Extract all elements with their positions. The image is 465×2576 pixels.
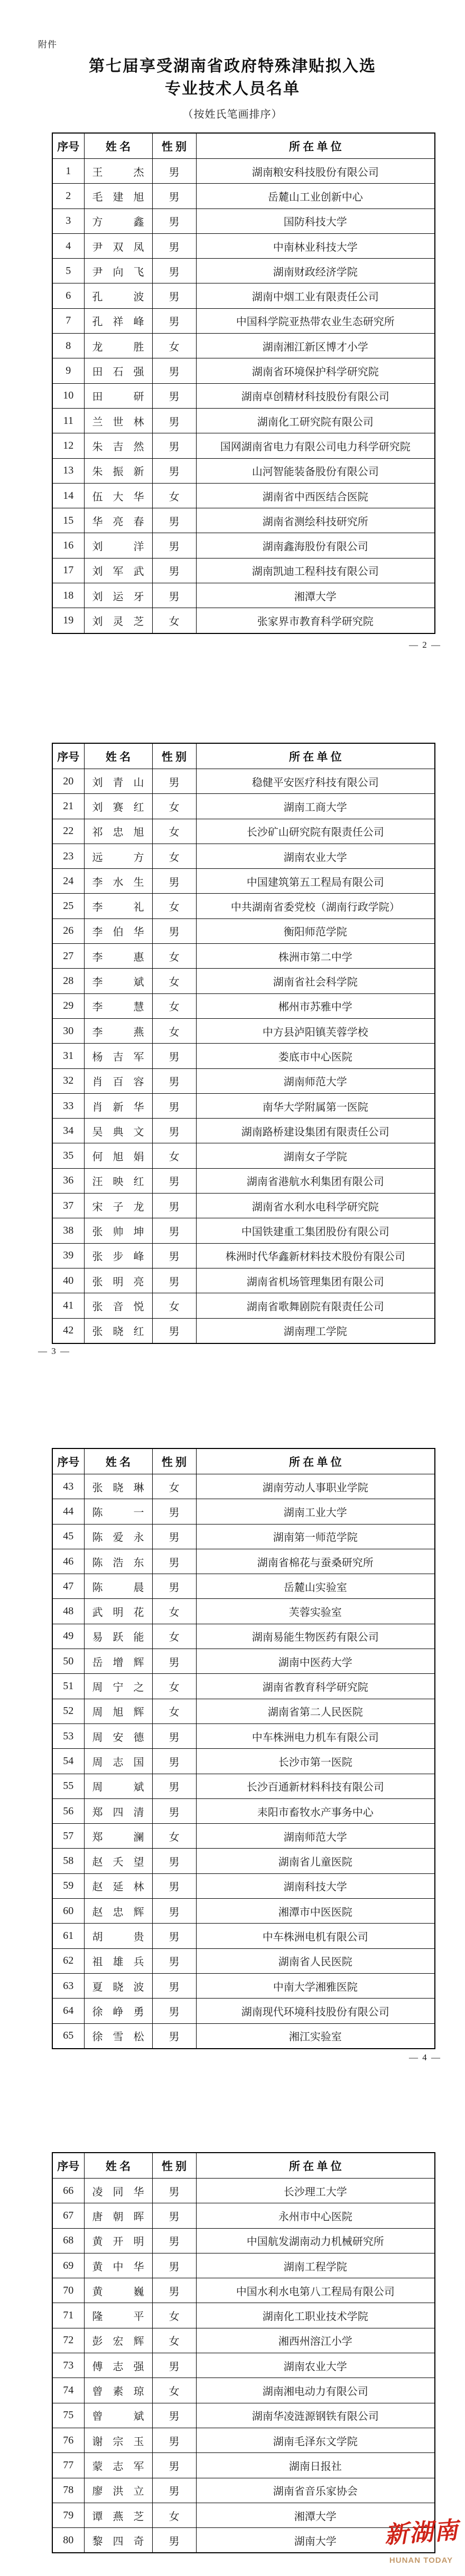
row-number-cell: 35 [52, 1143, 84, 1168]
person-name: 周旭辉 [92, 1703, 144, 1719]
row-number-cell: 6 [52, 283, 84, 308]
gender-cell: 女 [152, 2328, 196, 2353]
unit-cell: 湖南粮安科技股份有限公司 [196, 159, 435, 184]
gender-cell: 男 [152, 159, 196, 184]
row-number-cell: 52 [52, 1699, 84, 1723]
person-name: 刘赛红 [92, 799, 144, 814]
person-name: 李伯华 [92, 923, 144, 939]
unit-cell: 湖南毛泽东文学院 [196, 2428, 435, 2452]
unit-cell: 湖南中烟工业有限责任公司 [196, 283, 435, 308]
row-number-cell: 64 [52, 1999, 84, 2023]
gender-cell: 女 [152, 1674, 196, 1699]
name-cell: 张晓琳 [84, 1474, 152, 1499]
person-name: 尹双凤 [92, 239, 144, 254]
table-row: 67唐朝晖男永州市中心医院 [52, 2203, 435, 2228]
gender-cell: 男 [152, 1218, 196, 1243]
person-name: 张音悦 [92, 1298, 144, 1313]
name-cell: 伍大华 [84, 483, 152, 508]
unit-cell: 湖南财政经济学院 [196, 259, 435, 283]
name-cell: 杨吉军 [84, 1044, 152, 1068]
table-row: 8龙胜女湖南湘江新区博才小学 [52, 334, 435, 358]
unit-cell: 长沙百通新材料科技有限公司 [196, 1774, 435, 1798]
name-cell: 郑澜 [84, 1824, 152, 1849]
row-number-cell: 31 [52, 1044, 84, 1068]
person-name: 祁忠旭 [92, 823, 144, 839]
name-cell: 谭燕芝 [84, 2503, 152, 2527]
gender-cell: 男 [152, 1723, 196, 1748]
name-cell: 刘青山 [84, 769, 152, 794]
unit-cell: 湘江实验室 [196, 2023, 435, 2049]
gender-cell: 女 [152, 944, 196, 969]
person-name: 朱吉然 [92, 438, 144, 453]
name-cell: 华亮春 [84, 508, 152, 533]
row-number-cell: 30 [52, 1018, 84, 1043]
gender-cell: 男 [152, 2278, 196, 2303]
person-name: 伍大华 [92, 488, 144, 504]
table-row: 43张晓琳女湖南劳动人事职业学院 [52, 1474, 435, 1499]
name-cell: 毛建旭 [84, 184, 152, 209]
gender-cell: 男 [152, 918, 196, 943]
person-name: 廖洪立 [92, 2483, 144, 2498]
person-name: 李礼 [92, 898, 144, 914]
person-name: 赵夭望 [92, 1853, 144, 1869]
name-cell: 黄开明 [84, 2228, 152, 2253]
row-number-cell: 42 [52, 1318, 84, 1343]
row-number-cell: 16 [52, 533, 84, 558]
gender-cell: 男 [152, 1549, 196, 1574]
table-row: 55周斌男长沙百通新材料科技有限公司 [52, 1774, 435, 1798]
name-cell: 李水生 [84, 869, 152, 894]
gender-cell: 男 [152, 1524, 196, 1549]
table-row: 75曾斌男湖南华凌涟源钢铁有限公司 [52, 2403, 435, 2428]
row-number-cell: 8 [52, 334, 84, 358]
gender-cell: 女 [152, 608, 196, 633]
column-header-name: 姓 名 [84, 1448, 152, 1474]
unit-cell: 湖南省人民医院 [196, 1948, 435, 1973]
gender-cell: 男 [152, 558, 196, 583]
gender-cell: 男 [152, 1044, 196, 1068]
name-cell: 蒙志军 [84, 2453, 152, 2478]
name-cell: 李慧 [84, 993, 152, 1018]
unit-cell: 湖南工商大学 [196, 794, 435, 819]
table-row: 1王杰男湖南粮安科技股份有限公司 [52, 159, 435, 184]
person-name: 肖百容 [92, 1073, 144, 1088]
name-cell: 徐雪松 [84, 2023, 152, 2049]
gender-cell: 男 [152, 1973, 196, 1998]
person-name: 陈爱永 [92, 1529, 144, 1544]
name-cell: 龙胜 [84, 334, 152, 358]
person-name: 张晓红 [92, 1323, 144, 1338]
row-number-cell: 69 [52, 2253, 84, 2278]
row-number-cell: 53 [52, 1723, 84, 1748]
name-cell: 徐峥勇 [84, 1999, 152, 2023]
table-row: 42张晓红男湖南理工学院 [52, 1318, 435, 1343]
row-number-cell: 74 [52, 2378, 84, 2403]
table-row: 79谭燕芝女湘潭大学 [52, 2503, 435, 2527]
person-name: 汪映红 [92, 1173, 144, 1188]
column-header-gender: 性 别 [152, 133, 196, 159]
person-name: 黄巍 [92, 2283, 144, 2298]
unit-cell: 湖南师范大学 [196, 1068, 435, 1093]
gender-cell: 女 [152, 1599, 196, 1624]
unit-cell: 娄底市中心医院 [196, 1044, 435, 1068]
name-cell: 唐朝晖 [84, 2203, 152, 2228]
row-number-cell: 72 [52, 2328, 84, 2353]
person-name: 胡贵 [92, 1928, 144, 1944]
row-number-cell: 15 [52, 508, 84, 533]
unit-cell: 湘潭市中医医院 [196, 1899, 435, 1924]
unit-cell: 湖南省测绘科技研究所 [196, 508, 435, 533]
unit-cell: 南华大学附属第一医院 [196, 1093, 435, 1118]
unit-cell: 岳麓山实验室 [196, 1574, 435, 1599]
name-cell: 黄中华 [84, 2253, 152, 2278]
name-cell: 曾素琼 [84, 2378, 152, 2403]
header-row: 序号 姓 名 性 别 所 在 单 位 [52, 1448, 435, 1474]
page-title-line2: 专业技术人员名单 [165, 80, 300, 98]
row-number-cell: 23 [52, 844, 84, 868]
person-name: 尹向飞 [92, 263, 144, 279]
gender-cell: 男 [152, 1119, 196, 1143]
column-header-unit: 所 在 单 位 [196, 1448, 435, 1474]
gender-cell: 男 [152, 1798, 196, 1823]
sort-note-subtitle: （按姓氏笔画排序） [0, 106, 465, 121]
unit-cell: 长沙理工大学 [196, 2179, 435, 2203]
row-number-cell: 37 [52, 1194, 84, 1218]
gender-cell: 女 [152, 1293, 196, 1318]
person-name: 孔波 [92, 288, 144, 304]
table-row: 54周志国男长沙市第一医院 [52, 1749, 435, 1774]
row-number-cell: 33 [52, 1093, 84, 1118]
table-row: 56郑四清男耒阳市畜牧水产事务中心 [52, 1798, 435, 1823]
table-row: 64徐峥勇男湖南现代环境科技股份有限公司 [52, 1999, 435, 2023]
gender-cell: 女 [152, 794, 196, 819]
table-row: 46陈浩东男湖南省棉花与蚕桑研究所 [52, 1549, 435, 1574]
row-number-cell: 75 [52, 2403, 84, 2428]
gender-cell: 男 [152, 1318, 196, 1343]
gender-cell: 女 [152, 894, 196, 918]
unit-cell: 耒阳市畜牧水产事务中心 [196, 1798, 435, 1823]
gender-cell: 男 [152, 1924, 196, 1948]
row-number-cell: 59 [52, 1873, 84, 1898]
table-row: 21刘赛红女湖南工商大学 [52, 794, 435, 819]
row-number-cell: 14 [52, 483, 84, 508]
person-name: 曾斌 [92, 2408, 144, 2423]
unit-cell: 湖南师范大学 [196, 1824, 435, 1849]
table-row: 53周安德男中车株洲电力机车有限公司 [52, 1723, 435, 1748]
name-cell: 黄巍 [84, 2278, 152, 2303]
gender-cell: 男 [152, 2203, 196, 2228]
name-cell: 方鑫 [84, 209, 152, 233]
gender-cell: 女 [152, 1824, 196, 1849]
gender-cell: 男 [152, 2428, 196, 2452]
person-name: 周安德 [92, 1729, 144, 1744]
row-number-cell: 20 [52, 769, 84, 794]
person-name: 孔祥峰 [92, 313, 144, 328]
person-name: 周斌 [92, 1778, 144, 1794]
gender-cell: 男 [152, 2253, 196, 2278]
unit-cell: 中国铁建重工集团股份有限公司 [196, 1218, 435, 1243]
name-cell: 李斌 [84, 969, 152, 993]
name-cell: 张明亮 [84, 1268, 152, 1293]
name-cell: 刘洋 [84, 533, 152, 558]
person-name: 易跃能 [92, 1628, 144, 1644]
table-row: 16刘洋男湖南鑫海股份有限公司 [52, 533, 435, 558]
gender-cell: 男 [152, 533, 196, 558]
name-cell: 彭宏辉 [84, 2328, 152, 2353]
unit-cell: 湖南省儿童医院 [196, 1849, 435, 1873]
unit-cell: 湖南华凌涟源钢铁有限公司 [196, 2403, 435, 2428]
person-name: 祖雄兵 [92, 1953, 144, 1968]
unit-cell: 湖南路桥建设集团有限责任公司 [196, 1119, 435, 1143]
column-header-no: 序号 [52, 2153, 84, 2179]
table-row: 41张音悦女湖南省歌舞剧院有限责任公司 [52, 1293, 435, 1318]
row-number-cell: 46 [52, 1549, 84, 1574]
name-cell: 祖雄兵 [84, 1948, 152, 1973]
row-number-cell: 77 [52, 2453, 84, 2478]
unit-cell: 中南大学湘雅医院 [196, 1973, 435, 1998]
name-cell: 李燕 [84, 1018, 152, 1043]
table-row: 44陈一男湖南工业大学 [52, 1499, 435, 1524]
gender-cell: 男 [152, 1068, 196, 1093]
name-cell: 李伯华 [84, 918, 152, 943]
table-row: 15华亮春男湖南省测绘科技研究所 [52, 508, 435, 533]
row-number-cell: 18 [52, 583, 84, 608]
row-number-cell: 78 [52, 2478, 84, 2503]
row-number-cell: 38 [52, 1218, 84, 1243]
unit-cell: 湖南鑫海股份有限公司 [196, 533, 435, 558]
row-number-cell: 4 [52, 233, 84, 258]
table-row: 20刘青山男稳健平安医疗科技有限公司 [52, 769, 435, 794]
gender-cell: 男 [152, 1194, 196, 1218]
column-header-name: 姓 名 [84, 133, 152, 159]
row-number-cell: 65 [52, 2023, 84, 2049]
row-number-cell: 58 [52, 1849, 84, 1873]
table-row: 52周旭辉女湖南省第二人民医院 [52, 1699, 435, 1723]
unit-cell: 湖南省第二人民医院 [196, 1699, 435, 1723]
unit-cell: 湖南化工研究院有限公司 [196, 408, 435, 433]
unit-cell: 湖南省港航水利集团有限公司 [196, 1168, 435, 1193]
unit-cell: 湖南工业大学 [196, 1499, 435, 1524]
person-name: 方鑫 [92, 213, 144, 229]
column-header-unit: 所 在 单 位 [196, 743, 435, 769]
person-name: 徐峥勇 [92, 2003, 144, 2019]
column-header-unit: 所 在 单 位 [196, 2153, 435, 2179]
row-number-cell: 36 [52, 1168, 84, 1193]
row-number-cell: 51 [52, 1674, 84, 1699]
unit-cell: 湖南易能生物医药有限公司 [196, 1624, 435, 1649]
table-row: 58赵夭望男湖南省儿童医院 [52, 1849, 435, 1873]
unit-cell: 湖南省机场管理集团有限公司 [196, 1268, 435, 1293]
column-header-no: 序号 [52, 133, 84, 159]
table-row: 62祖雄兵男湖南省人民医院 [52, 1948, 435, 1973]
table-row: 9田石强男湖南省环境保护科学研究院 [52, 358, 435, 383]
person-name: 远方 [92, 849, 144, 864]
gender-cell: 男 [152, 1849, 196, 1873]
table-row: 71隆平女湖南化工职业技术学院 [52, 2303, 435, 2328]
row-number-cell: 73 [52, 2353, 84, 2378]
row-number-cell: 1 [52, 159, 84, 184]
table-row: 19刘灵芝女张家界市教育科学研究院 [52, 608, 435, 633]
unit-cell: 永州市中心医院 [196, 2203, 435, 2228]
gender-cell: 男 [152, 458, 196, 483]
table-row: 37宋子龙男湖南省水利水电科学研究院 [52, 1194, 435, 1218]
table-row: 60赵忠辉男湘潭市中医医院 [52, 1899, 435, 1924]
name-cell: 尹向飞 [84, 259, 152, 283]
roster-table-page4: 序号 姓 名 性 别 所 在 单 位 43张晓琳女湖南劳动人事职业学院44陈一男… [52, 1448, 435, 2049]
row-number-cell: 29 [52, 993, 84, 1018]
row-number-cell: 32 [52, 1068, 84, 1093]
name-cell: 王杰 [84, 159, 152, 184]
gender-cell: 男 [152, 1999, 196, 2023]
row-number-cell: 27 [52, 944, 84, 969]
person-name: 郑澜 [92, 1829, 144, 1844]
gender-cell: 男 [152, 1093, 196, 1118]
table-row: 12朱吉然男国网湖南省电力有限公司电力科学研究院 [52, 433, 435, 458]
unit-cell: 湖南卓创精材科技股份有限公司 [196, 383, 435, 408]
row-number-cell: 50 [52, 1649, 84, 1674]
name-cell: 黎四奇 [84, 2528, 152, 2553]
name-cell: 李惠 [84, 944, 152, 969]
person-name: 刘运牙 [92, 588, 144, 603]
page-title-line1: 第七届享受湖南省政府特殊津贴拟入选 [89, 58, 376, 75]
gender-cell: 男 [152, 1749, 196, 1774]
row-number-cell: 63 [52, 1973, 84, 1998]
name-cell: 陈浩东 [84, 1549, 152, 1574]
gender-cell: 男 [152, 1899, 196, 1924]
table-row: 61胡贵男中车株洲电机有限公司 [52, 1924, 435, 1948]
row-number-cell: 26 [52, 918, 84, 943]
person-name: 陈晨 [92, 1579, 144, 1594]
row-number-cell: 79 [52, 2503, 84, 2527]
name-cell: 赵延林 [84, 1873, 152, 1898]
table-row: 6孔波男湖南中烟工业有限责任公司 [52, 283, 435, 308]
gender-cell: 男 [152, 1168, 196, 1193]
name-cell: 周志国 [84, 1749, 152, 1774]
gender-cell: 女 [152, 993, 196, 1018]
gender-cell: 男 [152, 869, 196, 894]
person-name: 刘洋 [92, 538, 144, 553]
unit-cell: 湖南省歌舞剧院有限责任公司 [196, 1293, 435, 1318]
table-row: 25李礼女中共湖南省委党校（湖南行政学院） [52, 894, 435, 918]
unit-cell: 湖南第一师范学院 [196, 1524, 435, 1549]
name-cell: 尹双凤 [84, 233, 152, 258]
unit-cell: 湖南省音乐家协会 [196, 2478, 435, 2503]
gender-cell: 男 [152, 2023, 196, 2049]
unit-cell: 中国建筑第五工程局有限公司 [196, 869, 435, 894]
gender-cell: 男 [152, 583, 196, 608]
unit-cell: 株洲时代华鑫新材料技术股份有限公司 [196, 1243, 435, 1268]
gender-cell: 男 [152, 433, 196, 458]
table-row: 27李惠女株洲市第二中学 [52, 944, 435, 969]
unit-cell: 湖南湘江新区博才小学 [196, 334, 435, 358]
gender-cell: 男 [152, 383, 196, 408]
scanned-document-page: { "page": { "attachment_label": "附件", "t… [0, 0, 465, 2576]
roster-table-page3: 序号 姓 名 性 别 所 在 单 位 20刘青山男稳健平安医疗科技有限公司21刘… [52, 743, 435, 1344]
unit-cell: 湖南湘电动力有限公司 [196, 2378, 435, 2403]
table-row: 33肖新华男南华大学附属第一医院 [52, 1093, 435, 1118]
unit-cell: 湖南农业大学 [196, 844, 435, 868]
name-cell: 郑四清 [84, 1798, 152, 1823]
table-row: 73傅志强男湖南农业大学 [52, 2353, 435, 2378]
header-row: 序号 姓 名 性 别 所 在 单 位 [52, 743, 435, 769]
name-cell: 赵夭望 [84, 1849, 152, 1873]
row-number-cell: 66 [52, 2179, 84, 2203]
person-name: 周宁之 [92, 1679, 144, 1694]
person-name: 刘军武 [92, 563, 144, 578]
unit-cell: 湖南中医药大学 [196, 1649, 435, 1674]
gender-cell: 男 [152, 2228, 196, 2253]
table-row: 11兰世林男湖南化工研究院有限公司 [52, 408, 435, 433]
gender-cell: 男 [152, 184, 196, 209]
name-cell: 刘军武 [84, 558, 152, 583]
table-row: 78廖洪立男湖南省音乐家协会 [52, 2478, 435, 2503]
unit-cell: 湖南工程学院 [196, 2253, 435, 2278]
name-cell: 隆平 [84, 2303, 152, 2328]
table-row: 50岳增辉男湖南中医药大学 [52, 1649, 435, 1674]
column-header-no: 序号 [52, 743, 84, 769]
person-name: 李斌 [92, 973, 144, 989]
person-name: 宋子龙 [92, 1198, 144, 1214]
row-number-cell: 70 [52, 2278, 84, 2303]
table-row: 66凌同华男长沙理工大学 [52, 2179, 435, 2203]
unit-cell: 湖南省水利水电科学研究院 [196, 1194, 435, 1218]
column-header-gender: 性 别 [152, 1448, 196, 1474]
name-cell: 田研 [84, 383, 152, 408]
unit-cell: 中国航发湖南动力机械研究所 [196, 2228, 435, 2253]
table-row: 70黄巍男中国水利水电第八工程局有限公司 [52, 2278, 435, 2303]
row-number-cell: 10 [52, 383, 84, 408]
gender-cell: 男 [152, 1873, 196, 1898]
person-name: 黄中华 [92, 2258, 144, 2274]
unit-cell: 湖南化工职业技术学院 [196, 2303, 435, 2328]
unit-cell: 湖南省社会科学院 [196, 969, 435, 993]
row-number-cell: 28 [52, 969, 84, 993]
name-cell: 肖新华 [84, 1093, 152, 1118]
table-row: 10田研男湖南卓创精材科技股份有限公司 [52, 383, 435, 408]
person-name: 谭燕芝 [92, 2508, 144, 2523]
person-name: 龙胜 [92, 338, 144, 354]
row-number-cell: 45 [52, 1524, 84, 1549]
name-cell: 周宁之 [84, 1674, 152, 1699]
table-row: 22祁忠旭女长沙矿山研究院有限责任公司 [52, 819, 435, 844]
row-number-cell: 22 [52, 819, 84, 844]
name-cell: 宋子龙 [84, 1194, 152, 1218]
row-number-cell: 12 [52, 433, 84, 458]
name-cell: 岳增辉 [84, 1649, 152, 1674]
name-cell: 赵忠辉 [84, 1899, 152, 1924]
person-name: 刘灵芝 [92, 613, 144, 628]
person-name: 张步峰 [92, 1248, 144, 1263]
table-row: 17刘军武男湖南凯迪工程科技有限公司 [52, 558, 435, 583]
table-row: 45陈爱永男湖南第一师范学院 [52, 1524, 435, 1549]
name-cell: 李礼 [84, 894, 152, 918]
gender-cell: 女 [152, 1474, 196, 1499]
row-number-cell: 60 [52, 1899, 84, 1924]
name-cell: 廖洪立 [84, 2478, 152, 2503]
gender-cell: 女 [152, 334, 196, 358]
name-cell: 谢宗玉 [84, 2428, 152, 2452]
table-row: 49易跃能女湖南易能生物医药有限公司 [52, 1624, 435, 1649]
column-header-no: 序号 [52, 1448, 84, 1474]
table-row: 51周宁之女湖南省教育科学研究院 [52, 1674, 435, 1699]
name-cell: 易跃能 [84, 1624, 152, 1649]
name-cell: 肖百容 [84, 1068, 152, 1093]
name-cell: 汪映红 [84, 1168, 152, 1193]
gender-cell: 女 [152, 844, 196, 868]
column-header-gender: 性 别 [152, 743, 196, 769]
row-number-cell: 54 [52, 1749, 84, 1774]
person-name: 李惠 [92, 949, 144, 964]
